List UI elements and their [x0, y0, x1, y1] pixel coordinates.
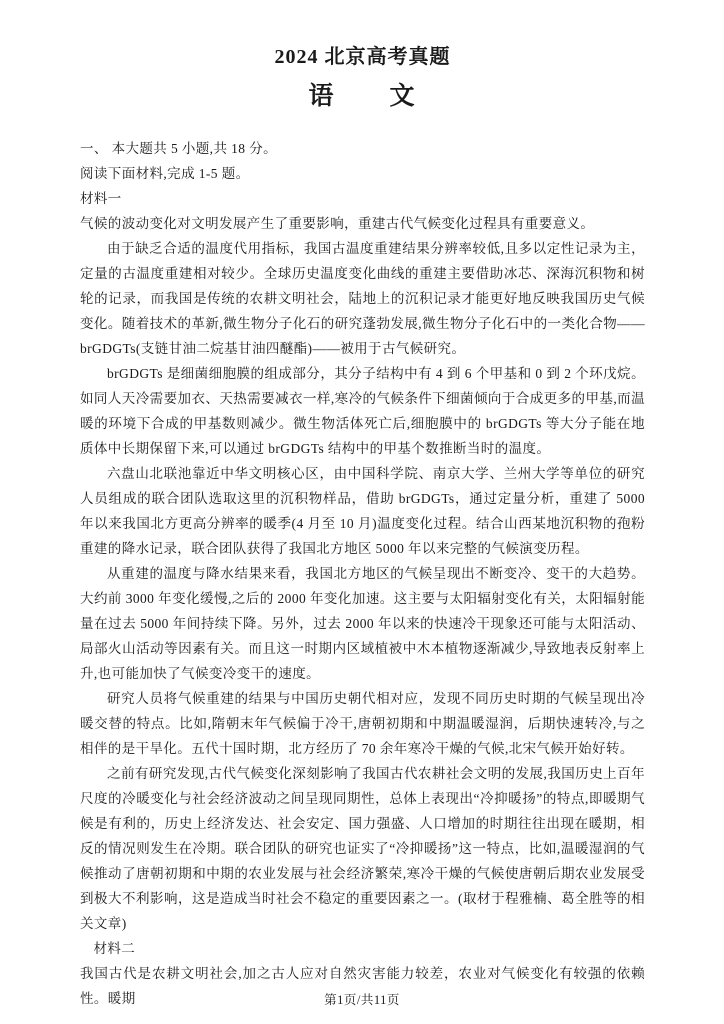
material-one-paragraph: 由于缺乏合适的温度代用指标，我国古温度重建结果分辨率较低,且多以定性记录为主，定…: [80, 236, 645, 361]
material-one-paragraph: brGDGTs 是细菌细胞膜的组成部分，其分子结构中有 4 到 6 个甲基和 0…: [80, 361, 645, 461]
reading-instruction: 阅读下面材料,完成 1-5 题。: [80, 161, 645, 186]
material-one-paragraph: 之前有研究发现,古代气候变化深刻影响了我国古代农耕社会文明的发展,我国历史上百年…: [80, 761, 645, 936]
document-subject: 语 文: [80, 80, 645, 114]
document-body: 一、 本大题共 5 小题,共 18 分。 阅读下面材料,完成 1-5 题。 材料…: [80, 136, 645, 1011]
document-title: 2024 北京高考真题: [80, 42, 645, 72]
material-one-paragraph: 六盘山北联池靠近中华文明核心区，由中国科学院、南京大学、兰州大学等单位的研究人员…: [80, 461, 645, 561]
page-number-footer: 第1页/共11页: [0, 990, 724, 1008]
document-page: 2024 北京高考真题 语 文 一、 本大题共 5 小题,共 18 分。 阅读下…: [0, 0, 724, 1024]
section-heading: 一、 本大题共 5 小题,共 18 分。: [80, 136, 645, 161]
material-two-label: 材料二: [80, 936, 645, 961]
material-one-paragraph: 研究人员将气候重建的结果与中国历史朝代相对应，发现不同历史时期的气候呈现出冷暖交…: [80, 686, 645, 761]
material-one-paragraph: 从重建的温度与降水结果来看，我国北方地区的气候呈现出不断变冷、变干的大趋势。大约…: [80, 561, 645, 686]
material-one-paragraph: 气候的波动变化对文明发展产生了重要影响，重建古代气候变化过程具有重要意义。: [80, 211, 645, 236]
material-one-label: 材料一: [80, 186, 645, 211]
